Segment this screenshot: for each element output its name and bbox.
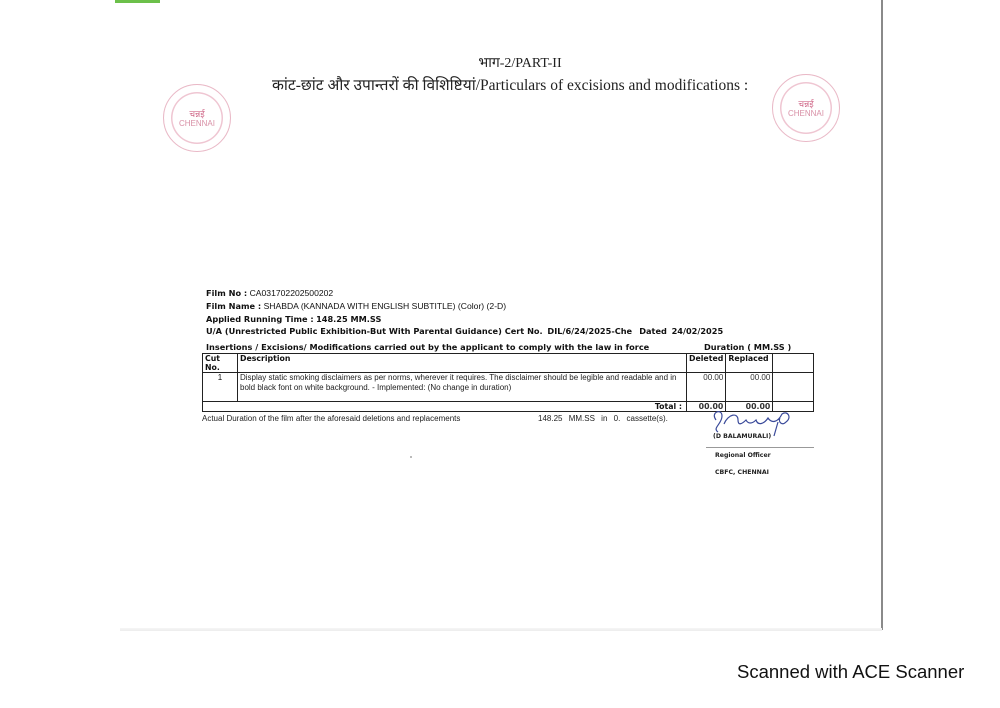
cert-line: U/A (Unrestricted Public Exhibition-But …	[206, 326, 723, 336]
page-edge-shadow	[120, 628, 882, 631]
deleted-cell: 00.00	[687, 373, 726, 402]
cut-no-cell: 1	[203, 373, 238, 402]
actual-duration-label: Actual Duration of the film after the af…	[202, 414, 460, 423]
duration-heading-line: Duration ( MM.SS )	[704, 342, 791, 352]
film-no-label: Film No :	[206, 288, 247, 298]
table-header-row: Cut No. Description Deleted Replaced	[203, 354, 814, 373]
film-name-line: Film Name : SHABDA (KANNADA WITH ENGLISH…	[206, 301, 506, 311]
replaced-cell: 00.00	[726, 373, 773, 402]
table-row: 1 Display static smoking disclaimers as …	[203, 373, 814, 402]
film-no: CA031702202500202	[250, 288, 334, 298]
seal-text-english: CHENNAI	[179, 120, 215, 129]
scan-speck	[410, 456, 412, 458]
duration-heading: Duration ( MM.SS )	[704, 342, 791, 352]
actual-duration-value-line: 148.25 MM.SS in 0. cassette(s).	[538, 414, 668, 423]
signature-line	[706, 447, 814, 448]
header-deleted: Deleted	[687, 354, 726, 373]
header-extra	[773, 354, 814, 373]
actual-duration-unit: MM.SS	[569, 414, 595, 423]
header-cut-no: Cut No.	[203, 354, 238, 373]
modifications-heading-line: Insertions / Excisions/ Modifications ca…	[206, 342, 649, 352]
signatory-office: CBFC, CHENNAI	[715, 469, 769, 476]
actual-duration-value: 148.25	[538, 414, 562, 423]
part-heading: भाग-2/PART-II	[0, 53, 1000, 72]
official-seal-right: चन्नई CHENNAI	[772, 74, 840, 142]
film-name-label: Film Name :	[206, 301, 261, 311]
actual-duration-cassettes: in 0. cassette(s).	[601, 414, 668, 423]
running-time-line: Applied Running Time : 148.25 MM.SS	[206, 314, 381, 324]
total-label: Total :	[203, 402, 687, 412]
running-time-label: Applied Running Time :	[206, 314, 314, 324]
page-edge	[881, 0, 883, 630]
cert-label: U/A (Unrestricted Public Exhibition-But …	[206, 326, 543, 336]
description-cell: Display static smoking disclaimers as pe…	[238, 373, 687, 402]
header-replaced: Replaced	[726, 354, 773, 373]
dated: 24/02/2025	[672, 326, 724, 336]
signatory-designation: Regional Officer	[715, 452, 771, 459]
modifications-heading: Insertions / Excisions/ Modifications ca…	[206, 342, 649, 352]
section-title: कांट-छांट और उपान्तरों की विशिष्टियां/Pa…	[272, 73, 748, 95]
seal-text-english: CHENNAI	[788, 110, 824, 119]
running-time: 148.25 MM.SS	[316, 314, 381, 324]
official-seal-left: चन्नई CHENNAI	[163, 84, 231, 152]
excisions-table: Cut No. Description Deleted Replaced 1 D…	[202, 353, 814, 412]
extra-cell	[773, 373, 814, 402]
green-mark	[115, 0, 160, 3]
cert-no: DIL/6/24/2025-Che	[547, 326, 632, 336]
signatory-name: (D BALAMURALI)	[713, 433, 771, 440]
film-name: SHABDA (KANNADA WITH ENGLISH SUBTITLE) (…	[264, 301, 507, 311]
header-description: Description	[238, 354, 687, 373]
film-no-line: Film No : CA031702202500202	[206, 288, 333, 298]
dated-label: Dated	[639, 326, 667, 336]
scanner-watermark: Scanned with ACE Scanner	[737, 661, 964, 683]
